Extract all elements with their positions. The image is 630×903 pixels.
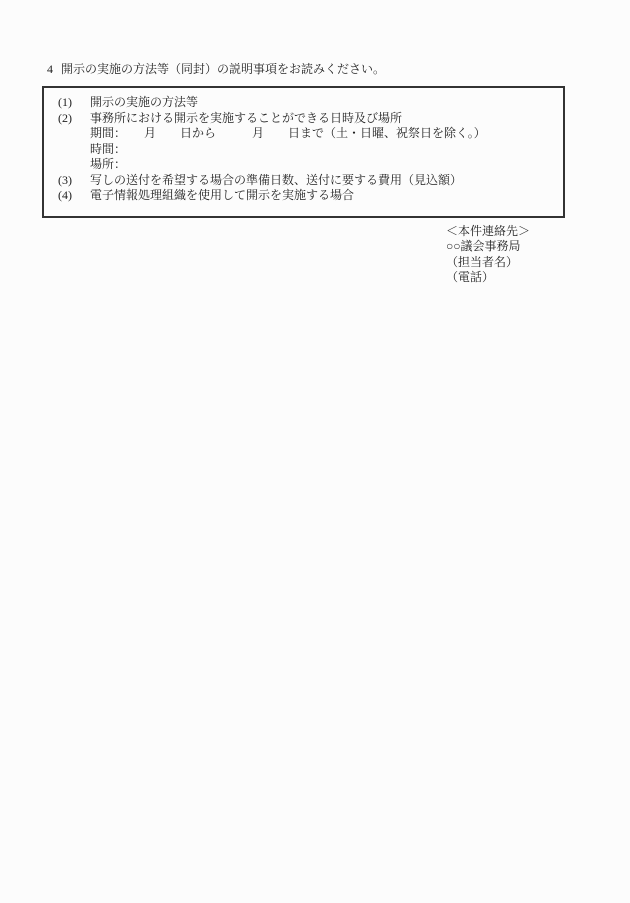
notice-row-time: 時間：: [44, 142, 563, 158]
contact-line-phone: （電話）: [446, 270, 530, 285]
item-text: 電子情報処理組織を使用して開示を実施する場合: [90, 188, 563, 204]
item-text: 事務所における開示を実施することができる日時及び場所: [90, 111, 563, 127]
item-number: (2): [58, 111, 90, 127]
item-number: (4): [58, 188, 90, 204]
contact-line-person: （担当者名）: [446, 255, 530, 270]
contact-line-office: ○○議会事務局: [446, 239, 530, 254]
contact-line-title: ＜本件連絡先＞: [446, 224, 530, 239]
document-page: 4開示の実施の方法等（同封）の説明事項をお読みください。 (1) 開示の実施の方…: [0, 0, 630, 903]
notice-box: (1) 開示の実施の方法等 (2) 事務所における開示を実施することができる日時…: [42, 86, 565, 218]
section-number: 4: [47, 61, 53, 77]
section-title: 開示の実施の方法等（同封）の説明事項をお読みください。: [61, 61, 385, 77]
section-heading: 4開示の実施の方法等（同封）の説明事項をお読みください。: [47, 61, 385, 77]
notice-row-period: 期間： 月 日から 月 日まで（土・日曜、祝祭日を除く。）: [44, 126, 563, 142]
item-text: 時間：: [90, 142, 563, 158]
item-text: 開示の実施の方法等: [90, 95, 563, 111]
notice-row-4: (4) 電子情報処理組織を使用して開示を実施する場合: [44, 188, 563, 204]
item-text: 写しの送付を希望する場合の準備日数、送付に要する費用（見込額）: [90, 173, 563, 189]
item-number: (1): [58, 95, 90, 111]
notice-row-3: (3) 写しの送付を希望する場合の準備日数、送付に要する費用（見込額）: [44, 173, 563, 189]
contact-block: ＜本件連絡先＞ ○○議会事務局 （担当者名） （電話）: [446, 224, 530, 285]
notice-row-2: (2) 事務所における開示を実施することができる日時及び場所: [44, 111, 563, 127]
item-text: 場所：: [90, 157, 563, 173]
item-number: [58, 126, 90, 142]
item-number: [58, 142, 90, 158]
item-number: [58, 157, 90, 173]
item-number: (3): [58, 173, 90, 189]
notice-row-place: 場所：: [44, 157, 563, 173]
notice-row-1: (1) 開示の実施の方法等: [44, 95, 563, 111]
item-text: 期間： 月 日から 月 日まで（土・日曜、祝祭日を除く。）: [90, 126, 563, 142]
